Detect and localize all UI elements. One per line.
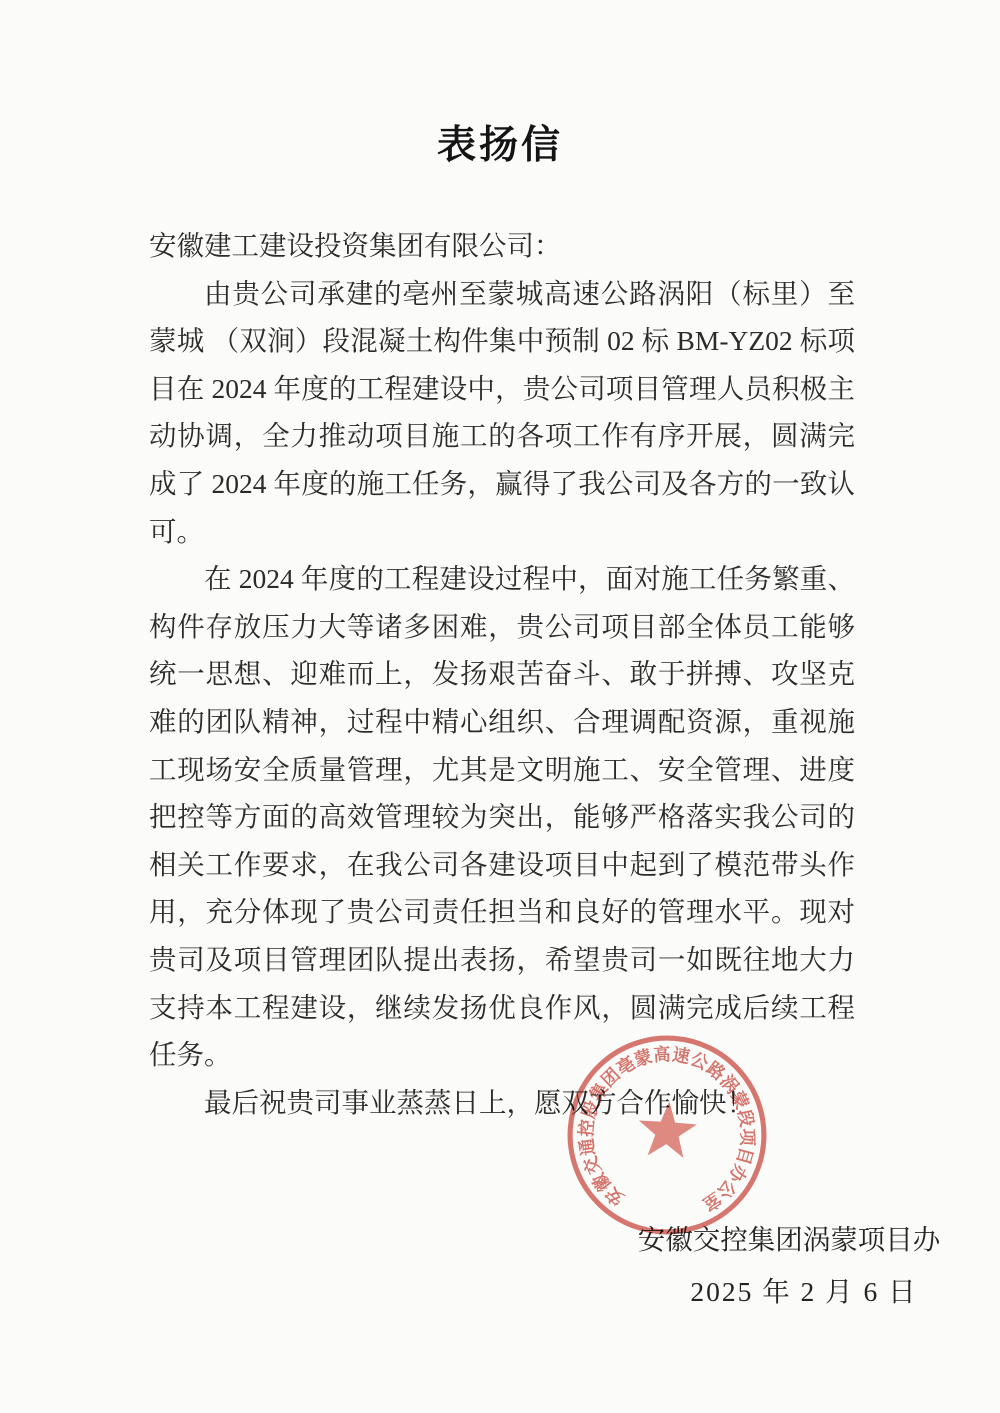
signature-block: 安徽交控集团涡蒙项目办 2025 年 2 月 6 日	[149, 1216, 855, 1316]
body-paragraph-2: 在 2024 年度的工程建设过程中，面对施工任务繁重、构件存放压力大等诸多困难，…	[149, 555, 855, 1079]
letter-title: 表扬信	[0, 0, 1000, 170]
salutation: 安徽建工建设投资集团有限公司：	[149, 222, 855, 270]
date: 2025 年 2 月 6 日	[614, 1268, 994, 1316]
body-paragraph-1: 由贵公司承建的亳州至蒙城高速公路涡阳（标里）至蒙城 （双涧）段混凝土构件集中预制…	[149, 270, 855, 556]
body-paragraph-3: 最后祝贵司事业蒸蒸日上，愿双方合作愉快！	[149, 1079, 855, 1127]
signature: 安徽交控集团涡蒙项目办	[599, 1216, 979, 1264]
letter-body: 安徽建工建设投资集团有限公司： 由贵公司承建的亳州至蒙城高速公路涡阳（标里）至蒙…	[149, 222, 855, 1316]
letter-page: 表扬信 安徽建工建设投资集团有限公司： 由贵公司承建的亳州至蒙城高速公路涡阳（标…	[0, 0, 1000, 1413]
